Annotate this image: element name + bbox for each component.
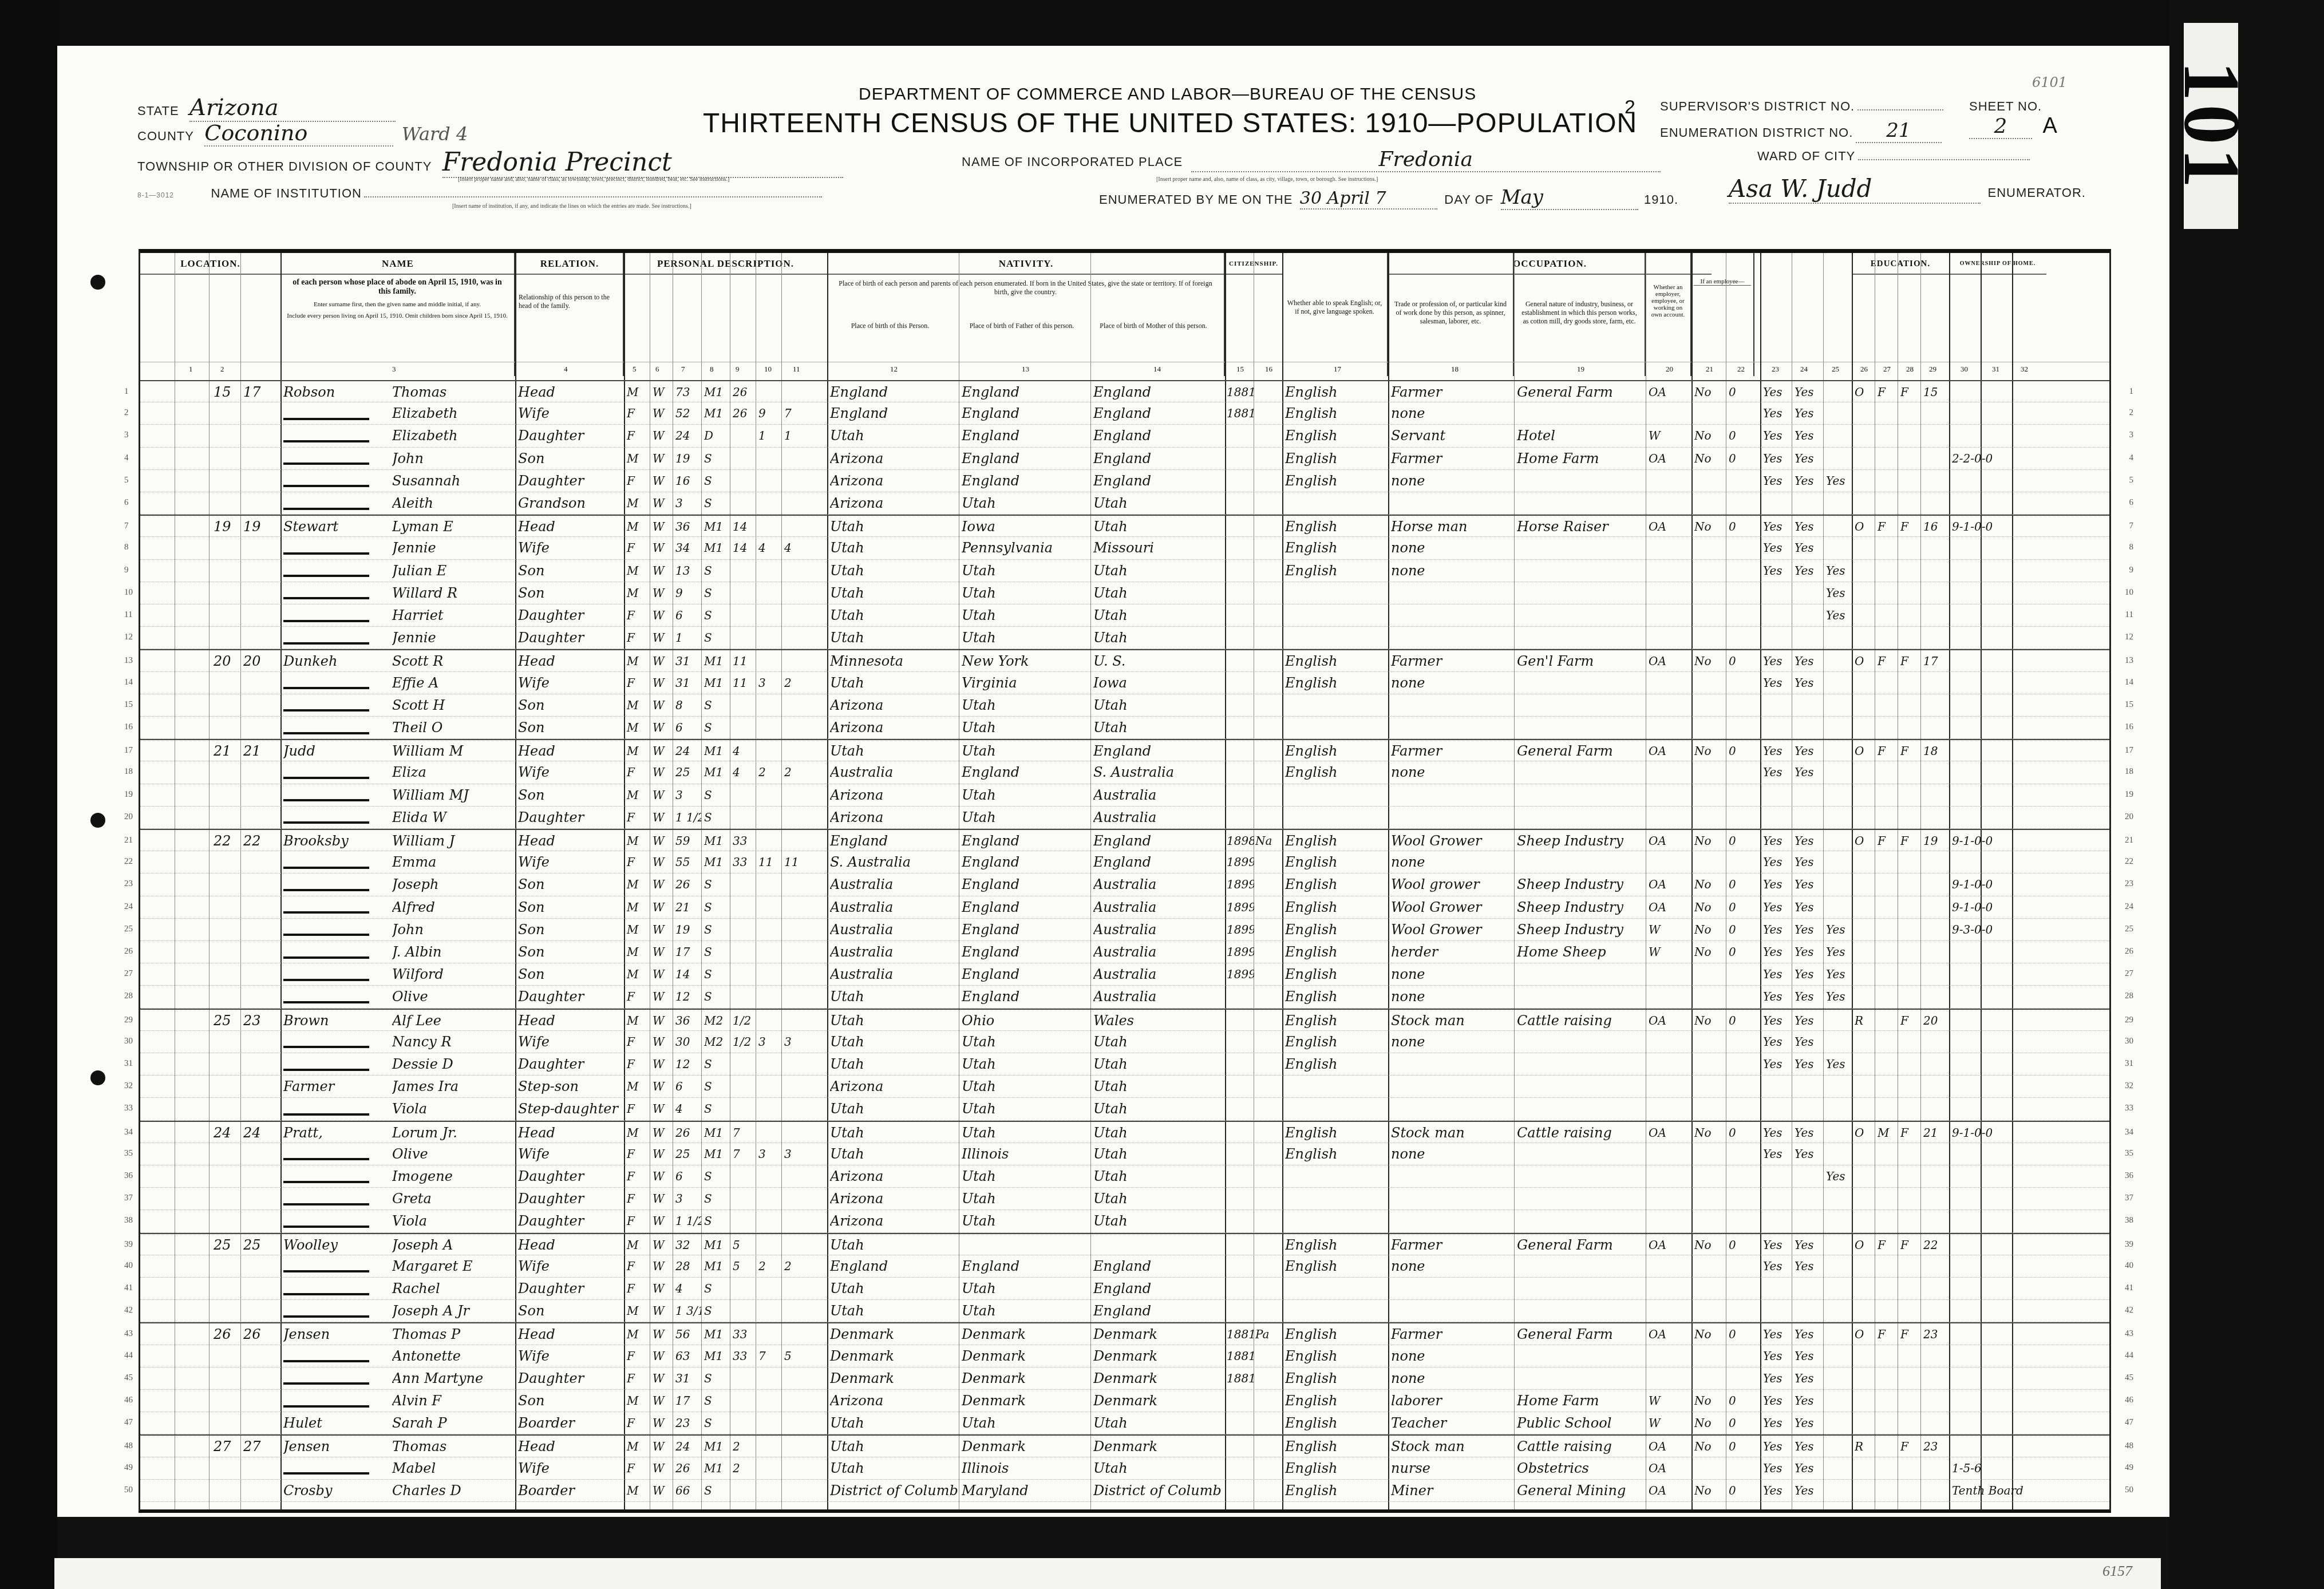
cell-naturalization: Pa (1255, 1325, 1282, 1344)
cell-marital-status: S (704, 1189, 730, 1208)
cell-relation: Son (518, 920, 621, 939)
line-number: 27 (124, 969, 133, 979)
cell-children-born: 3 (758, 1144, 780, 1164)
cell-relation: Wife (518, 762, 621, 782)
cell-age: 19 (675, 920, 701, 939)
table-row: 34342424Pratt,Lorum Jr.HeadMW26M17UtahUt… (140, 1121, 2109, 1143)
cell-employer-status: OA (1649, 831, 1691, 851)
column-number: 15 (1236, 365, 1244, 374)
cell-relation: Wife (518, 1256, 621, 1276)
cell-attended-school: Yes (1826, 942, 1852, 962)
cell-language: English (1285, 561, 1388, 580)
cell-age: 32 (675, 1235, 701, 1255)
cell-can-write: Yes (1795, 1437, 1823, 1456)
cell-given-name: Thomas (392, 1437, 512, 1456)
name-header-instr2: Include every person living on April 15,… (286, 313, 508, 319)
cell-age: 16 (675, 471, 701, 491)
cell-race: W (653, 606, 673, 625)
cell-mother-birthplace: Australia (1093, 808, 1222, 827)
scan-border-left (0, 0, 57, 1589)
cell-language: English (1285, 1346, 1388, 1366)
line-number: 48 (2125, 1441, 2133, 1451)
cell-mother-birthplace: Australia (1093, 987, 1222, 1006)
cell-weeks-out: 0 (1729, 920, 1760, 939)
ditto-dash (283, 620, 369, 622)
cell-age: 19 (675, 449, 701, 468)
cell-marital-status: M2 (704, 1032, 730, 1052)
cell-free-mortgaged: F (1878, 1325, 1898, 1344)
cell-surname (283, 538, 389, 558)
cell-surname (283, 920, 389, 939)
cell-sex: M (627, 1481, 649, 1500)
cell-marital-status: S (704, 449, 730, 468)
cell-marital-status: M1 (704, 1123, 730, 1143)
form-code: 8-1—3012 (137, 191, 174, 199)
line-number: 17 (2125, 746, 2133, 756)
cell-surname (283, 852, 389, 872)
cell-years-married: 7 (733, 1123, 756, 1143)
cell-sex: F (627, 987, 649, 1006)
table-row: 2323JosephSonMW26SAustraliaEnglandAustra… (140, 873, 2109, 896)
cell-out-of-work: No (1694, 1481, 1726, 1500)
cell-relation: Daughter (518, 808, 621, 827)
cell-birthplace: Arizona (830, 1391, 959, 1410)
cell-age: 17 (675, 942, 701, 962)
cell-birthplace: Denmark (830, 1369, 959, 1388)
line-number: 47 (124, 1418, 133, 1428)
group-personal-description: PERSONAL DESCRIPTION. (624, 253, 827, 275)
cell-race: W (653, 1099, 673, 1118)
employer-column-header: Whether an employer, employee, or workin… (1646, 253, 1691, 376)
table-row: 3535OliveWifeFW25M1733UtahIllinoisUtahEn… (140, 1143, 2109, 1165)
cell-sex: F (627, 1032, 649, 1052)
cell-industry: Horse Raiser (1517, 517, 1646, 536)
cell-age: 26 (675, 1123, 701, 1143)
cell-surname (283, 785, 389, 805)
cell-given-name: Lyman E (392, 517, 512, 536)
ditto-dash (283, 956, 369, 959)
cell-given-name: Ann Martyne (392, 1369, 512, 1388)
cell-race: W (653, 651, 673, 671)
cell-language: English (1285, 1458, 1388, 1478)
cell-employer-status: W (1649, 1391, 1691, 1410)
cell-race: W (653, 583, 673, 603)
cell-sex: M (627, 785, 649, 805)
cell-age: 1 1/2 (675, 808, 701, 827)
cell-age: 36 (675, 1011, 701, 1030)
cell-can-read: Yes (1763, 1032, 1792, 1052)
cell-language: English (1285, 538, 1388, 558)
cell-language: English (1285, 875, 1388, 894)
cell-mother-birthplace: Utah (1093, 1211, 1222, 1231)
cell-weeks-out: 0 (1729, 942, 1760, 962)
cell-given-name: Imogene (392, 1167, 512, 1186)
cell-marital-status: M1 (704, 831, 730, 851)
cell-father-birthplace: England (962, 920, 1090, 939)
cell-farm-schedule: 16 (1923, 517, 1949, 536)
cell-industry: General Mining (1517, 1481, 1646, 1500)
cell-given-name: John (392, 920, 512, 939)
table-row: 2222EmmaWifeFW55M1331111S. AustraliaEngl… (140, 851, 2109, 873)
cell-trade: Farmer (1391, 382, 1514, 402)
cell-language: English (1285, 1391, 1388, 1410)
cell-father-birthplace: Utah (962, 561, 1090, 580)
cell-mother-birthplace: Australia (1093, 898, 1222, 917)
table-row: 3232FarmerJames IraStep-sonMW6SArizonaUt… (140, 1076, 2109, 1098)
cell-father-birthplace: Utah (962, 606, 1090, 625)
cell-marital-status: M1 (704, 762, 730, 782)
cell-language: English (1285, 1437, 1388, 1456)
cell-can-write: Yes (1795, 1011, 1823, 1030)
cell-birthplace: Denmark (830, 1346, 959, 1366)
cell-language: English (1285, 651, 1388, 671)
cell-relation: Son (518, 942, 621, 962)
cell-employer-status: OA (1649, 517, 1691, 536)
cell-race: W (653, 920, 673, 939)
cell-marital-status: S (704, 493, 730, 513)
cell-relation: Daughter (518, 987, 621, 1006)
cell-can-write: Yes (1795, 1413, 1823, 1433)
cell-mother-birthplace: England (1093, 852, 1222, 872)
cell-father-birthplace: England (962, 382, 1090, 402)
cell-birthplace: Utah (830, 1054, 959, 1074)
cell-father-birthplace: England (962, 898, 1090, 917)
cell-given-name: William J (392, 831, 512, 851)
cell-can-read: Yes (1763, 1458, 1792, 1478)
cell-surname (283, 965, 389, 984)
cell-age: 31 (675, 673, 701, 693)
cell-age: 24 (675, 741, 701, 761)
cell-can-write: Yes (1795, 987, 1823, 1006)
cell-given-name: Thomas (392, 382, 512, 402)
state-field: STATE Arizona (137, 94, 396, 122)
cell-children-born: 11 (758, 852, 780, 872)
cell-marital-status: S (704, 583, 730, 603)
cell-industry: General Farm (1517, 382, 1646, 402)
cell-surname (283, 673, 389, 693)
column-number: 5 (633, 365, 637, 374)
table-row: 2020Elida WDaughterFW1 1/2SArizonaUtahAu… (140, 807, 2109, 829)
cell-surname (283, 1458, 389, 1478)
cell-employer-status: OA (1649, 1437, 1691, 1456)
line-number: 14 (124, 678, 133, 687)
cell-out-of-work: No (1694, 1391, 1726, 1410)
group-ownership-of-home: OWNERSHIP OF HOME. (1949, 253, 2046, 275)
ditto-dash (283, 1382, 369, 1385)
table-row: 5050CrosbyCharles DBoarderMW66SDistrict … (140, 1480, 2109, 1502)
line-number: 37 (2125, 1193, 2133, 1203)
column-number-row: 1 2 3 4 5 6 7 8 9 10 11 12 13 14 15 16 1… (140, 362, 2109, 378)
cell-trade: none (1391, 1369, 1514, 1388)
group-location: LOCATION. (140, 253, 280, 275)
cell-family-number: 26 (243, 1325, 275, 1344)
line-number: 22 (2125, 857, 2133, 867)
cell-mother-birthplace: England (1093, 382, 1222, 402)
cell-birthplace: Arizona (830, 471, 959, 491)
cell-relation: Son (518, 449, 621, 468)
cell-given-name: Wilford (392, 965, 512, 984)
cell-children-living: 5 (784, 1346, 806, 1366)
cell-relation: Wife (518, 852, 621, 872)
cell-can-read: Yes (1763, 920, 1792, 939)
cell-mother-birthplace: Denmark (1093, 1346, 1222, 1366)
cell-can-write: Yes (1795, 1325, 1823, 1344)
cell-attended-school: Yes (1826, 561, 1852, 580)
cell-language: English (1285, 426, 1388, 445)
cell-out-of-work: No (1694, 875, 1726, 894)
cell-birthplace: Utah (830, 1301, 959, 1321)
cell-out-of-work: No (1694, 741, 1726, 761)
cell-relation: Daughter (518, 606, 621, 625)
cell-free-mortgaged: F (1878, 382, 1898, 402)
cell-race: W (653, 1301, 673, 1321)
cell-father-birthplace: Utah (962, 1054, 1090, 1074)
cell-age: 23 (675, 1413, 701, 1433)
line-number: 36 (124, 1171, 133, 1181)
cell-marital-status: M1 (704, 673, 730, 693)
cell-surname (283, 583, 389, 603)
cell-father-birthplace: Denmark (962, 1346, 1090, 1366)
cell-age: 59 (675, 831, 701, 851)
cell-surname: Farmer (283, 1077, 389, 1096)
cell-surname (283, 1167, 389, 1186)
cell-language: English (1285, 942, 1388, 962)
table-row: 2525JohnSonMW19SAustraliaEnglandAustrali… (140, 919, 2109, 941)
cell-can-write: Yes (1795, 898, 1823, 917)
cell-age: 36 (675, 517, 701, 536)
cell-marital-status: M1 (704, 404, 730, 423)
cell-marital-status: M1 (704, 538, 730, 558)
cell-family-number: 25 (243, 1235, 275, 1255)
ditto-dash (283, 1293, 369, 1295)
cell-out-of-work: No (1694, 920, 1726, 939)
cell-relation: Daughter (518, 426, 621, 445)
line-number: 6 (2129, 498, 2134, 508)
cell-relation: Head (518, 1437, 621, 1456)
cell-language: English (1285, 831, 1388, 851)
column-number: 27 (1883, 365, 1891, 374)
enumerated-label: ENUMERATED BY ME ON THE (1099, 192, 1293, 207)
nativity-father-header: Place of birth of Father of this person. (965, 322, 1079, 330)
cell-mother-birthplace: England (1093, 404, 1222, 423)
cell-age: 9 (675, 583, 701, 603)
cell-owned-rented: O (1855, 1123, 1875, 1143)
cell-trade: nurse (1391, 1458, 1514, 1478)
cell-can-write: Yes (1795, 1032, 1823, 1052)
cell-can-write: Yes (1795, 920, 1823, 939)
cell-weeks-out: 0 (1729, 517, 1760, 536)
cell-attended-school: Yes (1826, 920, 1852, 939)
cell-marital-status: S (704, 1279, 730, 1298)
ditto-dash (283, 867, 369, 869)
cell-father-birthplace: Denmark (962, 1391, 1090, 1410)
cell-industry: Sheep Industry (1517, 875, 1646, 894)
cell-race: W (653, 1256, 673, 1276)
cell-race: W (653, 898, 673, 917)
cell-family-number: 17 (243, 382, 275, 402)
cell-farm-house: F (1900, 1235, 1920, 1255)
cell-sex: M (627, 1301, 649, 1321)
cell-race: W (653, 831, 673, 851)
cell-father-birthplace: Virginia (962, 673, 1090, 693)
cell-surname (283, 1054, 389, 1074)
cell-can-read: Yes (1763, 831, 1792, 851)
cell-birthplace: Utah (830, 1235, 959, 1255)
cell-trade: Farmer (1391, 741, 1514, 761)
cell-children-born: 9 (758, 404, 780, 423)
cell-age: 26 (675, 875, 701, 894)
census-table: LOCATION. NAME RELATION. PERSONAL DESCRI… (139, 249, 2111, 1513)
cell-can-read: Yes (1763, 1123, 1792, 1143)
table-row: 771919StewartLyman EHeadMW36M114UtahIowa… (140, 515, 2109, 537)
line-number: 23 (2125, 879, 2133, 889)
cell-marital-status: M1 (704, 1235, 730, 1255)
cell-marital-status: S (704, 606, 730, 625)
line-number: 23 (124, 879, 133, 889)
cell-birthplace: Australia (830, 965, 959, 984)
cell-trade: none (1391, 673, 1514, 693)
township-value: Fredonia Precinct (442, 148, 843, 178)
cell-language: English (1285, 1481, 1388, 1500)
cell-age: 6 (675, 1077, 701, 1096)
cell-out-of-work: No (1694, 426, 1726, 445)
cell-race: W (653, 987, 673, 1006)
cell-birthplace: Utah (830, 1032, 959, 1052)
cell-out-of-work: No (1694, 382, 1726, 402)
cell-farm-house: F (1900, 1437, 1920, 1456)
sheet-number-field: SHEET NO. 2 A (1969, 99, 2057, 139)
cell-mother-birthplace: Wales (1093, 1011, 1222, 1030)
table-row: 1212JennieDaughterFW1SUtahUtahUtah (140, 627, 2109, 649)
cell-trade: none (1391, 965, 1514, 984)
ward-field: WARD OF CITY (1757, 149, 2030, 164)
cell-language: English (1285, 762, 1388, 782)
corner-stamp: 6101 (2032, 74, 2067, 90)
cell-years-married: 2 (733, 1458, 756, 1478)
cell-father-birthplace: Utah (962, 1211, 1090, 1231)
cell-age: 34 (675, 538, 701, 558)
cell-birthplace: Arizona (830, 1077, 959, 1096)
cell-can-read: Yes (1763, 1369, 1792, 1388)
cell-birthplace: Utah (830, 1144, 959, 1164)
cell-surname (283, 695, 389, 715)
cell-age: 3 (675, 785, 701, 805)
cell-surname: Dunkeh (283, 651, 389, 671)
table-row: 29292523BrownAlf LeeHeadMW36M21/2UtahOhi… (140, 1009, 2109, 1031)
cell-relation: Head (518, 1235, 621, 1255)
cell-race: W (653, 762, 673, 782)
cell-age: 17 (675, 1391, 701, 1410)
cell-surname (283, 493, 389, 513)
column-number: 2 (220, 365, 224, 374)
cell-language: English (1285, 517, 1388, 536)
cell-can-read: Yes (1763, 965, 1792, 984)
cell-race: W (653, 1144, 673, 1164)
line-number: 40 (2125, 1261, 2133, 1271)
cell-race: W (653, 1211, 673, 1231)
cell-children-living: 4 (784, 538, 806, 558)
column-number: 17 (1334, 365, 1341, 374)
cell-sex: F (627, 1279, 649, 1298)
ditto-dash (283, 485, 369, 487)
line-number: 28 (124, 991, 133, 1001)
cell-mother-birthplace: England (1093, 426, 1222, 445)
table-row: 1414Effie AWifeFW31M11132UtahVirginiaIow… (140, 672, 2109, 694)
cell-farm-schedule: 21 (1923, 1123, 1949, 1143)
column-number: 11 (793, 365, 800, 374)
cell-trade: Miner (1391, 1481, 1514, 1500)
cell-sex: M (627, 718, 649, 737)
cell-farm-house: F (1900, 651, 1920, 671)
table-row: 33ElizabethDaughterFW24D11UtahEnglandEng… (140, 425, 2109, 447)
cell-race: W (653, 1279, 673, 1298)
enumeration-district-field: ENUMERATION DISTRICT NO. 21 (1660, 119, 1942, 143)
cell-industry: General Farm (1517, 1325, 1646, 1344)
cell-race: W (653, 942, 673, 962)
cell-age: 25 (675, 1144, 701, 1164)
ditto-dash (283, 1270, 369, 1272)
table-row: 3030Nancy RWifeFW30M21/233UtahUtahUtahEn… (140, 1031, 2109, 1053)
cell-marital-status: M1 (704, 651, 730, 671)
cell-father-birthplace: England (962, 471, 1090, 491)
cell-out-of-work: No (1694, 831, 1726, 851)
cell-language: English (1285, 1235, 1388, 1255)
table-row: 3333ViolaStep-daughterFW4SUtahUtahUtah (140, 1098, 2109, 1120)
cell-years-married: 5 (733, 1256, 756, 1276)
language-column-header: Whether able to speak English; or, if no… (1282, 253, 1388, 376)
cell-can-read: Yes (1763, 449, 1792, 468)
cell-age: 28 (675, 1256, 701, 1276)
cell-out-of-work: No (1694, 1325, 1726, 1344)
cell-race: W (653, 561, 673, 580)
table-row: 1010Willard RSonMW9SUtahUtahUtahYes (140, 582, 2109, 604)
cell-sex: M (627, 1391, 649, 1410)
column-number: 22 (1737, 365, 1745, 374)
cell-relation: Boarder (518, 1481, 621, 1500)
cell-weeks-out: 0 (1729, 1235, 1760, 1255)
cell-birthplace: England (830, 831, 959, 851)
cell-children-living: 2 (784, 673, 806, 693)
cell-age: 3 (675, 1189, 701, 1208)
cell-margin-notes: 9-1-0-0 (1952, 1123, 2049, 1143)
cell-weeks-out: 0 (1729, 1437, 1760, 1456)
cell-race: W (653, 517, 673, 536)
cell-relation: Son (518, 898, 621, 917)
cell-employer-status: OA (1649, 651, 1691, 671)
line-number: 10 (124, 588, 133, 598)
cell-mother-birthplace: Denmark (1093, 1325, 1222, 1344)
cell-given-name: Alvin F (392, 1391, 512, 1410)
cell-age: 24 (675, 1437, 701, 1456)
cell-marital-status: S (704, 1054, 730, 1074)
column-number: 1 (189, 365, 193, 374)
cell-relation: Son (518, 583, 621, 603)
line-number: 3 (2129, 430, 2134, 440)
cell-industry: Public School (1517, 1413, 1646, 1433)
ditto-dash (283, 709, 369, 712)
table-row: 2828OliveDaughterFW12SUtahEnglandAustral… (140, 986, 2109, 1008)
census-year: 1910. (1644, 192, 1678, 207)
cell-out-of-work: No (1694, 1437, 1726, 1456)
ditto-dash (283, 418, 369, 420)
cell-relation: Wife (518, 404, 621, 423)
column-number: 25 (1832, 365, 1839, 374)
cell-sex: F (627, 606, 649, 625)
cell-marital-status: S (704, 1167, 730, 1186)
cell-marital-status: S (704, 965, 730, 984)
cell-given-name: Olive (392, 987, 512, 1006)
cell-relation: Daughter (518, 471, 621, 491)
